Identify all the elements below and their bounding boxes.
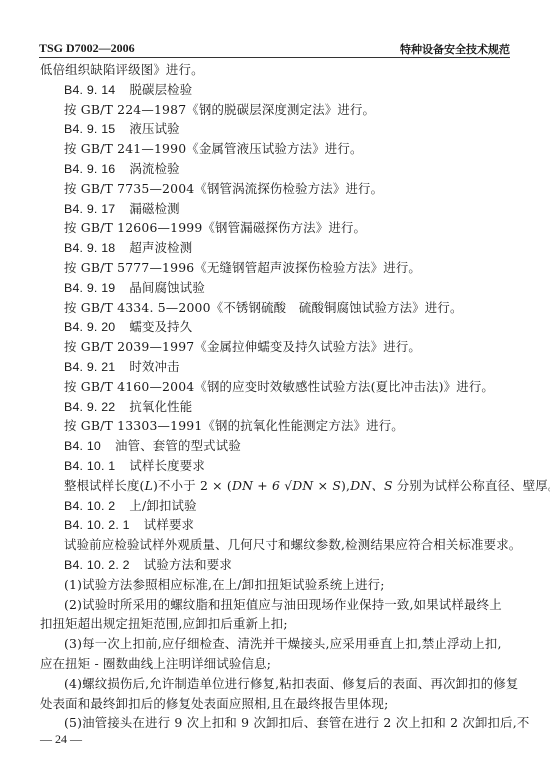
section-heading: B4. 10. 2上/卸扣试验	[40, 496, 510, 516]
paragraph-line: (3)每一次上扣前,应仔细检查、清洗并干燥接头,应采用垂直上扣,禁止浮动上扣,	[40, 634, 510, 654]
math-text: L	[145, 478, 153, 493]
paragraph-line: 按 GB/T 7735—2004《钢管涡流探伤检验方法》进行。	[40, 179, 510, 199]
section-heading: B4. 9. 14脱碳层检验	[40, 80, 510, 100]
paragraph-line: 按 GB/T 5777—1996《无缝钢管超声波探伤检验方法》进行。	[40, 258, 510, 278]
section-number: B4. 9. 22	[64, 398, 115, 418]
page-number: — 24 —	[40, 732, 82, 747]
document-body: 低倍组织缺陷评级图》进行。B4. 9. 14脱碳层检验按 GB/T 224—19…	[40, 60, 510, 733]
section-heading: B4. 9. 16涡流检验	[40, 159, 510, 179]
section-heading: B4. 9. 20蠕变及持久	[40, 317, 510, 337]
paragraph-line: 按 GB/T 241—1990《金属管液压试验方法》进行。	[40, 139, 510, 159]
standard-code: TSG D7002—2006	[39, 41, 135, 56]
section-heading: B4. 10油管、套管的型式试验	[40, 436, 510, 456]
section-title: 油管、套管的型式试验	[115, 438, 241, 453]
section-title: 蠕变及持久	[129, 319, 192, 334]
section-number: B4. 9. 18	[64, 239, 115, 259]
section-title: 超声波检测	[129, 240, 192, 255]
section-title: 试验方法和要求	[144, 557, 232, 572]
section-title: 时效冲击	[129, 359, 179, 374]
page-header: TSG D7002—2006 特种设备安全技术规范	[39, 41, 510, 58]
paragraph-line: 试验前应检验试样外观质量、几何尺寸和螺纹参数,检测结果应符合相关标准要求。	[40, 535, 510, 555]
section-heading: B4. 10. 2. 2试验方法和要求	[40, 555, 510, 575]
section-title: 晶间腐蚀试验	[129, 280, 205, 295]
paragraph-line: 按 GB/T 4334. 5—2000《不锈钢硫酸 硫酸铜腐蚀试验方法》进行。	[40, 298, 510, 318]
section-number: B4. 10	[64, 437, 101, 457]
section-heading: B4. 9. 19晶间腐蚀试验	[40, 278, 510, 298]
section-number: B4. 9. 17	[64, 200, 115, 220]
math-text: DN + 6 √DN × S	[232, 478, 341, 493]
paragraph-line: 按 GB/T 4160—2004《钢的应变时效敏感性试验方法(夏比冲击法)》进行…	[40, 377, 510, 397]
math-text: DN、S	[350, 478, 392, 493]
section-title: 上/卸扣试验	[129, 498, 196, 513]
section-title: 抗氧化性能	[129, 399, 192, 414]
section-number: B4. 9. 14	[64, 81, 115, 101]
section-heading: B4. 9. 18超声波检测	[40, 238, 510, 258]
section-heading: B4. 10. 2. 1试样要求	[40, 515, 510, 535]
paragraph-line: 按 GB/T 224—1987《钢的脱碳层深度测定法》进行。	[40, 100, 510, 120]
section-number: B4. 10. 2. 1	[64, 516, 130, 536]
paragraph-line: 按 GB/T 13303—1991《钢的抗氧化性能测定方法》进行。	[40, 416, 510, 436]
section-number: B4. 9. 20	[64, 318, 115, 338]
section-heading: B4. 10. 1试样长度要求	[40, 456, 510, 476]
section-title: 试样长度要求	[129, 458, 205, 473]
section-number: B4. 10. 2. 2	[64, 556, 130, 576]
section-title: 脱碳层检验	[129, 82, 192, 97]
paragraph-line: 按 GB/T 2039—1997《金属拉伸蠕变及持久试验方法》进行。	[40, 337, 510, 357]
section-title: 试样要求	[144, 517, 194, 532]
paragraph-text: 分别为试样公称直径、壁厚。	[393, 478, 550, 493]
paragraph-text: ),	[341, 478, 350, 493]
section-heading: B4. 9. 22抗氧化性能	[40, 397, 510, 417]
section-heading: B4. 9. 15液压试验	[40, 119, 510, 139]
paragraph-line: 按 GB/T 12606—1999《钢管漏磁探伤方法》进行。	[40, 218, 510, 238]
paragraph-line: (1)试验方法参照相应标准,在上/卸扣扭矩试验系统上进行;	[40, 575, 510, 595]
paragraph-line: 低倍组织缺陷评级图》进行。	[40, 60, 510, 80]
section-number: B4. 10. 1	[64, 457, 115, 477]
paragraph-line: 处表面和最终卸扣后的修复处表面应照相,且在最终报告里体现;	[40, 694, 510, 714]
section-title: 液压试验	[129, 121, 179, 136]
section-number: B4. 9. 21	[64, 358, 115, 378]
section-number: B4. 9. 19	[64, 279, 115, 299]
document-series-title: 特种设备安全技术规范	[400, 41, 510, 57]
section-heading: B4. 9. 21时效冲击	[40, 357, 510, 377]
paragraph-line: (5)油管接头在进行 9 次上扣和 9 次卸扣后、套管在进行 2 次上扣和 2 …	[40, 713, 510, 733]
formula-paragraph: 整根试样长度(L)不小于 2 × (DN + 6 √DN × S),DN、S 分…	[40, 476, 510, 496]
paragraph-text: 整根试样长度(	[64, 478, 145, 493]
paragraph-line: 扣扭矩超出规定扭矩范围,应卸扣后重新上扣;	[40, 614, 510, 634]
section-title: 涡流检验	[129, 161, 179, 176]
section-heading: B4. 9. 17漏磁检测	[40, 199, 510, 219]
section-number: B4. 9. 15	[64, 120, 115, 140]
paragraph-line: (4)螺纹损伤后,允许制造单位进行修复,粘扣表面、修复后的表面、再次卸扣的修复	[40, 674, 510, 694]
paragraph-line: 应在扭矩 - 圈数曲线上注明详细试验信息;	[40, 654, 510, 674]
paragraph-line: (2)试验时所采用的螺纹脂和扭矩值应与油田现场作业保持一致,如果试样最终上	[40, 595, 510, 615]
section-number: B4. 10. 2	[64, 497, 115, 517]
section-title: 漏磁检测	[129, 201, 179, 216]
section-number: B4. 9. 16	[64, 160, 115, 180]
paragraph-text: )不小于 2 × (	[153, 478, 232, 493]
